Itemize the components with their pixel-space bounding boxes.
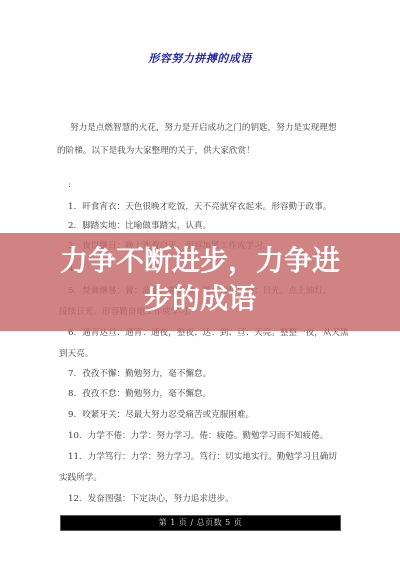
item-text: 发奋图强：下定决心，努力追求进步。 (88, 494, 234, 504)
item-number: 11. (68, 452, 82, 462)
item-number: 9. (68, 410, 76, 420)
item-text: 力学笃行：力学：努力学习。笃行：切实地实行。勤勉学习且确切 (88, 452, 337, 462)
list-item-continuation: 到天亮。 (59, 349, 93, 359)
page-counter-bar: 第 1 页 / 总页数 5 页 (60, 515, 341, 531)
list-item: 2.脚踏实地：比喻做事踏实，认真。 (68, 221, 211, 231)
item-number: 10. (68, 431, 82, 441)
list-item: 11.力学笃行：力学：努力学习。笃行：切实地实行。勤勉学习且确切 (68, 452, 337, 462)
item-number: 12. (68, 494, 82, 504)
item-number: 2. (68, 221, 76, 231)
list-item: 10.力学不倦：力学：努力学习。倦：疲倦。勤勉学习而不知疲倦。 (68, 431, 328, 441)
list-item: 9.咬紧牙关：尽最大努力忍受痛苦或克服困难。 (68, 410, 254, 420)
item-text: 旰食宵衣：天色很晚才吃饭，天不亮就穿衣起来。形容勤于政事。 (82, 202, 331, 212)
item-number: 1. (68, 202, 76, 212)
item-text: 咬紧牙关：尽最大努力忍受痛苦或克服困难。 (82, 410, 254, 420)
item-number: 7. (68, 369, 76, 379)
item-text: 孜孜不懈：勤勉努力，毫不懈怠。 (82, 369, 211, 379)
list-item: 7.孜孜不懈：勤勉努力，毫不懈怠。 (68, 369, 211, 379)
list-item: 8.孜孜不怠：勤勉努力，毫不懈怠。 (68, 389, 211, 399)
overlay-title: 力争不断进步，力争进步的成语 (0, 242, 400, 318)
item-text: 脚踏实地：比喻做事踏实，认真。 (82, 221, 211, 231)
intro-line-1: 努力是点燃智慧的火花，努力是开启成功之门的钥匙，努力是实现理想 (70, 123, 336, 133)
document-title: 形容努力拼搏的成语 (0, 50, 400, 66)
item-text: 力学不倦：力学：努力学习。倦：疲倦。勤勉学习而不知疲倦。 (88, 431, 329, 441)
list-item-continuation: 实践所学。 (59, 473, 102, 483)
list-item: 1.旰食宵衣：天色很晚才吃饭，天不亮就穿衣起来。形容勤于政事。 (68, 202, 331, 212)
intro-line-2: 的阶梯。以下是我为大家整理的关于，供大家欣赏！ (57, 146, 255, 156)
colon-mark: : (68, 180, 71, 190)
item-text: 孜孜不怠：勤勉努力，毫不懈怠。 (82, 389, 211, 399)
item-number: 8. (68, 389, 76, 399)
list-item: 12.发奋图强：下定决心，努力追求进步。 (68, 494, 234, 504)
